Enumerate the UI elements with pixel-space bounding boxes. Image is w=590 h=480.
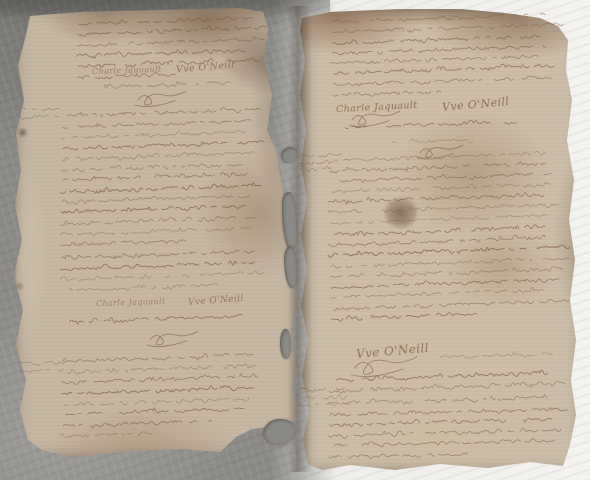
right-page bbox=[296, 6, 580, 472]
manuscript-scan: Charle Jaquault Vve O'Neill Charle Jaqua… bbox=[0, 0, 590, 480]
tear-hole bbox=[281, 147, 297, 163]
tear-hole bbox=[263, 419, 295, 445]
tear-hole bbox=[280, 329, 291, 359]
left-page bbox=[14, 6, 300, 458]
